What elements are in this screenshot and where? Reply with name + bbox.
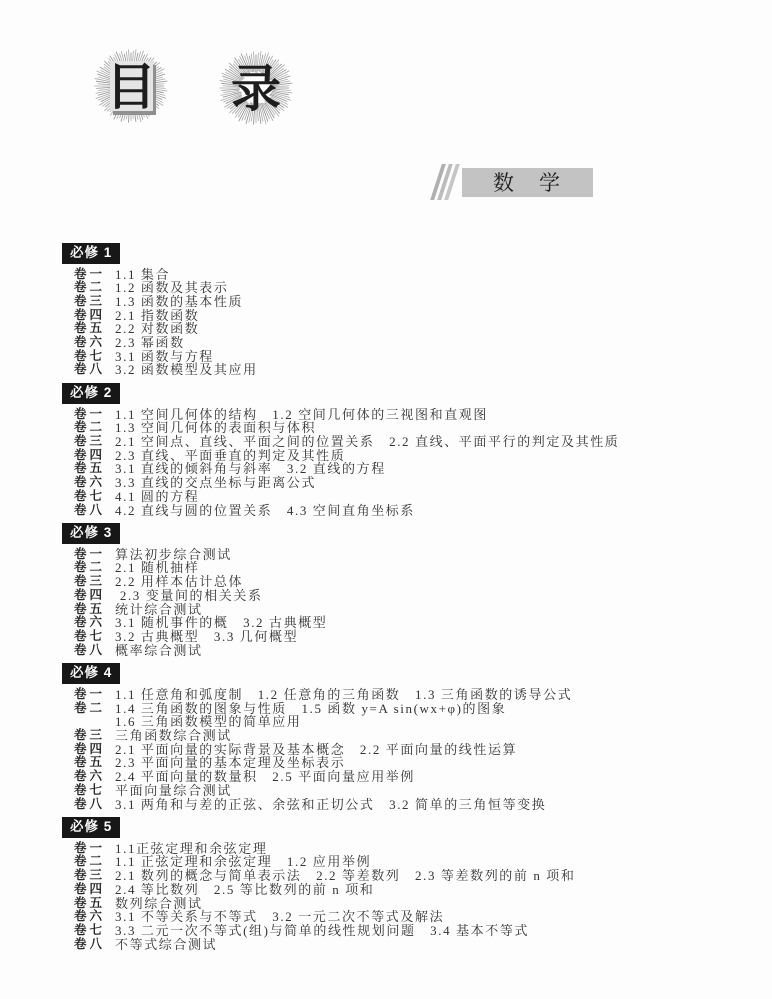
entry-text-lines: 2.4 等比数列 2.5 等比数列的前 n 项和 — [115, 883, 752, 897]
entry-text-lines: 1.2 函数及其表示 — [115, 281, 752, 295]
volume-label: 卷二 — [74, 281, 115, 295]
volume-label: 卷八 — [74, 363, 115, 377]
toc-entry: 卷七 3.1 函数与方程 — [62, 350, 752, 364]
toc-page: 目 录 数 学 必修 1 卷一 1.1 集合 卷二 1.2 函数及其表示 卷三 … — [0, 0, 772, 999]
toc-entry: 卷五 统计综合测试 — [62, 603, 752, 617]
toc-entry-text: 1.6 三角函数模型的简单应用 — [115, 715, 752, 729]
toc-entry: 卷五 3.1 直线的倾斜角与斜率 3.2 直线的方程 — [62, 462, 752, 476]
toc-entry: 卷六 2.3 幂函数 — [62, 336, 752, 350]
entry-text-lines: 2.1 指数函数 — [115, 309, 752, 323]
toc-entry-text: 2.3 平面向量的基本定理及坐标表示 — [115, 756, 752, 770]
toc-entry: 卷五 2.2 对数函数 — [62, 322, 752, 336]
entry-text-lines: 1.3 函数的基本性质 — [115, 295, 752, 309]
toc-entry-text: 1.1正弦定理和余弦定理 — [115, 842, 752, 856]
section-header: 必修 5 — [62, 817, 120, 838]
entry-text-lines: 2.3 平面向量的基本定理及坐标表示 — [115, 756, 752, 770]
entry-text-lines: 3.3 二元一次不等式(组)与简单的线性规划问题 3.4 基本不等式 — [115, 924, 752, 938]
title-char: 录 — [231, 49, 281, 121]
volume-label: 卷六 — [74, 770, 115, 784]
entry-text-lines: 2.4 平面向量的数量积 2.5 平面向量应用举例 — [115, 770, 752, 784]
toc-entry: 卷四 2.1 指数函数 — [62, 309, 752, 323]
entry-text-lines: 2.3 变量间的相关关系 — [115, 589, 752, 603]
section-header: 必修 3 — [62, 523, 120, 544]
toc-entry-text: 4.2 直线与圆的位置关系 4.3 空间直角坐标系 — [115, 504, 752, 518]
toc-entry-text: 概率综合测试 — [115, 644, 752, 658]
toc-entry-text: 2.1 平面向量的实际背景及基本概念 2.2 平面向量的线性运算 — [115, 743, 752, 757]
entry-text-lines: 平面向量综合测试 — [115, 784, 752, 798]
toc-entry: 卷三 三角函数综合测试 — [62, 729, 752, 743]
toc-entry-text: 3.1 不等关系与不等式 3.2 一元二次不等式及解法 — [115, 910, 752, 924]
toc-entry-text: 2.4 等比数列 2.5 等比数列的前 n 项和 — [115, 883, 752, 897]
toc-entry-text: 1.1 正弦定理和余弦定理 1.2 应用举例 — [115, 855, 752, 869]
volume-label: 卷六 — [74, 616, 115, 630]
entry-text-lines: 概率综合测试 — [115, 644, 752, 658]
toc-entry-text: 3.3 二元一次不等式(组)与简单的线性规划问题 3.4 基本不等式 — [115, 924, 752, 938]
toc-entry: 卷八 不等式综合测试 — [62, 938, 752, 952]
entry-text-lines: 1.3 空间几何体的表面积与体积 — [115, 421, 752, 435]
entry-text-lines: 三角函数综合测试 — [115, 729, 752, 743]
entry-text-lines: 2.1 平面向量的实际背景及基本概念 2.2 平面向量的线性运算 — [115, 743, 752, 757]
toc-entry: 卷三 2.2 用样本估计总体 — [62, 575, 752, 589]
toc-entry-text: 2.4 平面向量的数量积 2.5 平面向量应用举例 — [115, 770, 752, 784]
toc-entry-text: 3.2 古典概型 3.3 几何概型 — [115, 630, 752, 644]
toc-entry-text: 1.3 函数的基本性质 — [115, 295, 752, 309]
toc-entry: 卷八 4.2 直线与圆的位置关系 4.3 空间直角坐标系 — [62, 504, 752, 518]
toc-entry-text: 2.3 幂函数 — [115, 336, 752, 350]
entry-text-lines: 2.1 空间点、直线、平面之间的位置关系 2.2 直线、平面平行的判定及其性质 — [115, 435, 752, 449]
volume-label: 卷三 — [74, 869, 115, 883]
toc-entry: 卷八 概率综合测试 — [62, 644, 752, 658]
toc-entry-text: 1.3 空间几何体的表面积与体积 — [115, 421, 752, 435]
toc-entry: 卷一 1.1正弦定理和余弦定理 — [62, 842, 752, 856]
toc-entry-text: 3.2 函数模型及其应用 — [115, 363, 752, 377]
toc-sections: 必修 1 卷一 1.1 集合 卷二 1.2 函数及其表示 卷三 1.3 函数的基… — [62, 243, 752, 957]
toc-entry: 卷五 数列综合测试 — [62, 897, 752, 911]
toc-entry-text: 2.2 对数函数 — [115, 322, 752, 336]
toc-entry-text: 3.1 直线的倾斜角与斜率 3.2 直线的方程 — [115, 462, 752, 476]
volume-label: 卷八 — [74, 504, 115, 518]
section-entries: 卷一 算法初步综合测试 卷二 2.1 随机抽样 卷三 2.2 用样本估计总体 卷… — [62, 548, 752, 658]
toc-entry: 卷二 2.1 随机抽样 — [62, 561, 752, 575]
subject-label: 数 学 — [436, 164, 593, 200]
toc-entry-text: 1.1 任意角和弧度制 1.2 任意角的三角函数 1.3 三角函数的诱导公式 — [115, 688, 752, 702]
entry-text-lines: 4.2 直线与圆的位置关系 4.3 空间直角坐标系 — [115, 504, 752, 518]
volume-label: 卷三 — [74, 295, 115, 309]
toc-entry: 卷一 1.1 空间几何体的结构 1.2 空间几何体的三视图和直观图 — [62, 408, 752, 422]
toc-entry: 卷七 4.1 圆的方程 — [62, 490, 752, 504]
toc-entry: 卷四 2.1 平面向量的实际背景及基本概念 2.2 平面向量的线性运算 — [62, 743, 752, 757]
entry-text-lines: 4.1 圆的方程 — [115, 490, 752, 504]
volume-label: 卷四 — [74, 589, 115, 603]
volume-label: 卷八 — [74, 798, 115, 812]
volume-label: 卷七 — [74, 630, 115, 644]
toc-entry-text: 2.1 指数函数 — [115, 309, 752, 323]
toc-entry-text: 4.1 圆的方程 — [115, 490, 752, 504]
toc-entry-text: 不等式综合测试 — [115, 938, 752, 952]
entry-text-lines: 3.1 随机事件的概 3.2 古典概型 — [115, 616, 752, 630]
toc-entry-text: 2.3 直线、平面垂直的判定及其性质 — [115, 449, 752, 463]
toc-entry: 卷四 2.3 直线、平面垂直的判定及其性质 — [62, 449, 752, 463]
toc-entry: 卷六 2.4 平面向量的数量积 2.5 平面向量应用举例 — [62, 770, 752, 784]
toc-entry-text: 三角函数综合测试 — [115, 729, 752, 743]
toc-section: 必修 4 卷一 1.1 任意角和弧度制 1.2 任意角的三角函数 1.3 三角函… — [62, 663, 752, 811]
toc-entry: 卷一 算法初步综合测试 — [62, 548, 752, 562]
toc-entry: 卷三 1.3 函数的基本性质 — [62, 295, 752, 309]
volume-label: 卷三 — [74, 435, 115, 449]
toc-entry-text: 2.2 用样本估计总体 — [115, 575, 752, 589]
volume-label: 卷六 — [74, 476, 115, 490]
entry-text-lines: 2.1 数列的概念与简单表示法 2.2 等差数列 2.3 等差数列的前 n 项和 — [115, 869, 752, 883]
entry-text-lines: 1.4 三角函数的图象与性质 1.5 函数 y=A sin(wx+φ)的图象1.… — [115, 702, 752, 729]
section-header: 必修 1 — [62, 243, 120, 264]
volume-label: 卷一 — [74, 688, 115, 702]
volume-label: 卷二 — [74, 702, 115, 716]
toc-entry-text: 数列综合测试 — [115, 897, 752, 911]
toc-entry-text: 1.1 空间几何体的结构 1.2 空间几何体的三视图和直观图 — [115, 408, 752, 422]
volume-label: 卷七 — [74, 490, 115, 504]
toc-entry: 卷五 2.3 平面向量的基本定理及坐标表示 — [62, 756, 752, 770]
volume-label: 卷三 — [74, 575, 115, 589]
toc-entry: 卷二 1.3 空间几何体的表面积与体积 — [62, 421, 752, 435]
toc-entry-text: 1.2 函数及其表示 — [115, 281, 752, 295]
toc-entry-text: 平面向量综合测试 — [115, 784, 752, 798]
title-char: 目 — [106, 47, 156, 119]
toc-section: 必修 5 卷一 1.1正弦定理和余弦定理 卷二 1.1 正弦定理和余弦定理 1.… — [62, 817, 752, 951]
entry-text-lines: 2.3 幂函数 — [115, 336, 752, 350]
entry-text-lines: 3.2 函数模型及其应用 — [115, 363, 752, 377]
toc-section: 必修 2 卷一 1.1 空间几何体的结构 1.2 空间几何体的三视图和直观图 卷… — [62, 383, 752, 517]
toc-entry: 卷二 1.4 三角函数的图象与性质 1.5 函数 y=A sin(wx+φ)的图… — [62, 702, 752, 729]
toc-section: 必修 3 卷一 算法初步综合测试 卷二 2.1 随机抽样 卷三 2.2 用样本估… — [62, 523, 752, 657]
entry-text-lines: 2.3 直线、平面垂直的判定及其性质 — [115, 449, 752, 463]
toc-entry-text: 3.1 两角和与差的正弦、余弦和正切公式 3.2 简单的三角恒等变换 — [115, 798, 752, 812]
toc-entry: 卷八 3.1 两角和与差的正弦、余弦和正切公式 3.2 简单的三角恒等变换 — [62, 798, 752, 812]
toc-section: 必修 1 卷一 1.1 集合 卷二 1.2 函数及其表示 卷三 1.3 函数的基… — [62, 243, 752, 377]
entry-text-lines: 1.1 集合 — [115, 268, 752, 282]
toc-entry-text: 3.1 函数与方程 — [115, 350, 752, 364]
toc-entry: 卷二 1.1 正弦定理和余弦定理 1.2 应用举例 — [62, 855, 752, 869]
toc-entry: 卷三 2.1 数列的概念与简单表示法 2.2 等差数列 2.3 等差数列的前 n… — [62, 869, 752, 883]
toc-entry-text: 2.1 数列的概念与简单表示法 2.2 等差数列 2.3 等差数列的前 n 项和 — [115, 869, 752, 883]
title-char-lu: 录 — [217, 49, 295, 127]
toc-entry: 卷四 2.4 等比数列 2.5 等比数列的前 n 项和 — [62, 883, 752, 897]
volume-label: 卷五 — [74, 322, 115, 336]
volume-label: 卷七 — [74, 924, 115, 938]
section-header: 必修 4 — [62, 663, 120, 684]
section-entries: 卷一 1.1 任意角和弧度制 1.2 任意角的三角函数 1.3 三角函数的诱导公… — [62, 688, 752, 811]
volume-label: 卷三 — [74, 729, 115, 743]
toc-entry-text: 算法初步综合测试 — [115, 548, 752, 562]
entry-text-lines: 统计综合测试 — [115, 603, 752, 617]
entry-text-lines: 算法初步综合测试 — [115, 548, 752, 562]
toc-entry-text: 2.3 变量间的相关关系 — [115, 589, 752, 603]
entry-text-lines: 1.1正弦定理和余弦定理 — [115, 842, 752, 856]
section-header: 必修 2 — [62, 383, 120, 404]
title-char-mu: 目 — [92, 47, 170, 125]
toc-entry: 卷七 平面向量综合测试 — [62, 784, 752, 798]
toc-entry: 卷六 3.1 随机事件的概 3.2 古典概型 — [62, 616, 752, 630]
entry-text-lines: 2.1 随机抽样 — [115, 561, 752, 575]
toc-entry: 卷六 3.3 直线的交点坐标与距离公式 — [62, 476, 752, 490]
volume-label: 卷八 — [74, 938, 115, 952]
toc-entry-text: 统计综合测试 — [115, 603, 752, 617]
subject-name: 数 学 — [462, 168, 593, 197]
entry-text-lines: 3.2 古典概型 3.3 几何概型 — [115, 630, 752, 644]
entry-text-lines: 数列综合测试 — [115, 897, 752, 911]
toc-entry: 卷三 2.1 空间点、直线、平面之间的位置关系 2.2 直线、平面平行的判定及其… — [62, 435, 752, 449]
entry-text-lines: 2.2 对数函数 — [115, 322, 752, 336]
volume-label: 卷八 — [74, 644, 115, 658]
toc-entry-text: 2.1 空间点、直线、平面之间的位置关系 2.2 直线、平面平行的判定及其性质 — [115, 435, 752, 449]
entry-text-lines: 1.1 空间几何体的结构 1.2 空间几何体的三视图和直观图 — [115, 408, 752, 422]
entry-text-lines: 不等式综合测试 — [115, 938, 752, 952]
toc-entry-text: 2.1 随机抽样 — [115, 561, 752, 575]
section-entries: 卷一 1.1 空间几何体的结构 1.2 空间几何体的三视图和直观图 卷二 1.3… — [62, 408, 752, 518]
volume-label: 卷四 — [74, 883, 115, 897]
volume-label: 卷六 — [74, 910, 115, 924]
section-entries: 卷一 1.1正弦定理和余弦定理 卷二 1.1 正弦定理和余弦定理 1.2 应用举… — [62, 842, 752, 952]
entry-text-lines: 3.1 直线的倾斜角与斜率 3.2 直线的方程 — [115, 462, 752, 476]
volume-label: 卷二 — [74, 421, 115, 435]
toc-entry: 卷六 3.1 不等关系与不等式 3.2 一元二次不等式及解法 — [62, 910, 752, 924]
entry-text-lines: 3.3 直线的交点坐标与距离公式 — [115, 476, 752, 490]
toc-entry: 卷七 3.3 二元一次不等式(组)与简单的线性规划问题 3.4 基本不等式 — [62, 924, 752, 938]
toc-entry-text: 3.3 直线的交点坐标与距离公式 — [115, 476, 752, 490]
toc-entry-text: 1.4 三角函数的图象与性质 1.5 函数 y=A sin(wx+φ)的图象 — [115, 702, 752, 716]
section-entries: 卷一 1.1 集合 卷二 1.2 函数及其表示 卷三 1.3 函数的基本性质 卷… — [62, 268, 752, 378]
toc-entry: 卷一 1.1 集合 — [62, 268, 752, 282]
entry-text-lines: 2.2 用样本估计总体 — [115, 575, 752, 589]
entry-text-lines: 1.1 正弦定理和余弦定理 1.2 应用举例 — [115, 855, 752, 869]
diagonal-stripes-decoration — [436, 164, 457, 200]
toc-entry-text: 1.1 集合 — [115, 268, 752, 282]
entry-text-lines: 3.1 两角和与差的正弦、余弦和正切公式 3.2 简单的三角恒等变换 — [115, 798, 752, 812]
toc-entry: 卷一 1.1 任意角和弧度制 1.2 任意角的三角函数 1.3 三角函数的诱导公… — [62, 688, 752, 702]
entry-text-lines: 3.1 不等关系与不等式 3.2 一元二次不等式及解法 — [115, 910, 752, 924]
toc-entry: 卷八 3.2 函数模型及其应用 — [62, 363, 752, 377]
toc-entry-text: 3.1 随机事件的概 3.2 古典概型 — [115, 616, 752, 630]
toc-entry: 卷七 3.2 古典概型 3.3 几何概型 — [62, 630, 752, 644]
volume-label: 卷七 — [74, 784, 115, 798]
toc-entry: 卷四 2.3 变量间的相关关系 — [62, 589, 752, 603]
entry-text-lines: 3.1 函数与方程 — [115, 350, 752, 364]
toc-entry: 卷二 1.2 函数及其表示 — [62, 281, 752, 295]
volume-label: 卷六 — [74, 336, 115, 350]
entry-text-lines: 1.1 任意角和弧度制 1.2 任意角的三角函数 1.3 三角函数的诱导公式 — [115, 688, 752, 702]
